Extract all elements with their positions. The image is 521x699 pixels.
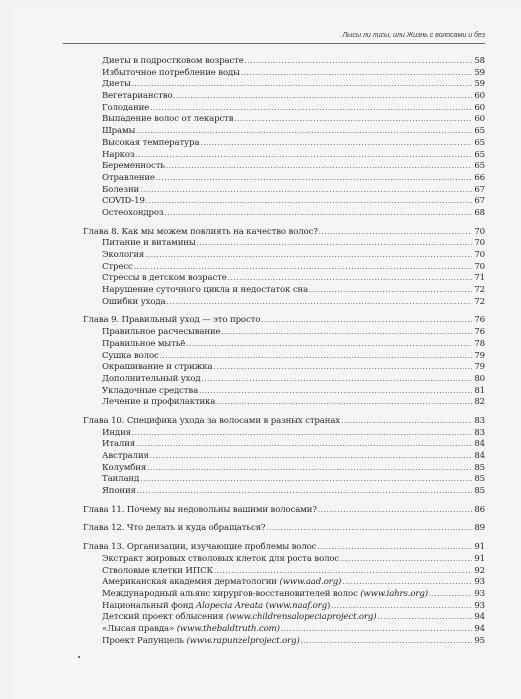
- toc-entry-title: Международный альянс хирургов-восстанови…: [102, 589, 428, 601]
- toc-entry-title: Выпадение волос от лекарств: [102, 114, 233, 126]
- dot-leader: [281, 624, 472, 636]
- toc-entry-title: Япония: [102, 486, 136, 498]
- toc-page-number: 76: [473, 327, 485, 339]
- toc-entry: Избыточное потребление воды59: [83, 68, 485, 80]
- toc-page-number: 60: [473, 114, 485, 126]
- toc-entry: Экология70: [83, 250, 485, 262]
- toc-chapter-entry: Глава 11. Почему вы недовольны вашими во…: [83, 505, 485, 517]
- running-header: Лысы ли лисы, или Жизнь с волосами и без: [63, 30, 485, 39]
- toc-entry: Ошибки ухода72: [83, 297, 485, 309]
- toc-page-number: 59: [473, 68, 485, 80]
- toc-entry-title: Вегетарианство: [102, 91, 172, 103]
- dot-leader: [216, 397, 472, 409]
- toc-entry-title: Лечение и профилактика: [102, 397, 215, 409]
- dot-leader: [377, 612, 472, 624]
- toc-entry-title: Правильное мытьё: [102, 339, 185, 351]
- toc-page-number: 65: [473, 161, 485, 173]
- toc-page-number: 70: [473, 262, 485, 274]
- toc-entry: Проект Рапунцель (www.rapunzelproject.or…: [83, 636, 485, 648]
- dot-leader: [136, 439, 472, 451]
- toc-entry: «Лысая правда» (www.thebaldtruth.com)94: [83, 624, 485, 636]
- toc-page-number: 67: [473, 185, 485, 197]
- toc-entry: Национальный фонд Alopecia Areata (www.n…: [83, 601, 485, 613]
- dot-leader: [429, 589, 472, 601]
- dot-leader: [221, 327, 472, 339]
- dot-leader: [200, 138, 472, 150]
- toc-page-number: 66: [473, 173, 485, 185]
- toc-entry-title: Ошибки ухода: [102, 297, 165, 309]
- toc-entry-title: COVID-19: [102, 196, 145, 208]
- toc-entry: Австралия84: [83, 451, 485, 463]
- toc-entry: Диеты59: [83, 79, 485, 91]
- toc-page-number: 93: [473, 577, 485, 589]
- dot-leader: [136, 126, 472, 138]
- toc-entry: Детский проект облысения (www.childrensa…: [83, 612, 485, 624]
- toc-entry: Индия83: [83, 428, 485, 440]
- toc-entry: Сушка волос79: [83, 351, 485, 363]
- dot-leader: [241, 68, 472, 80]
- toc-entry-title: Отравление: [102, 173, 155, 185]
- toc-entry-title: Глава 11. Почему вы недовольны вашими во…: [83, 505, 317, 517]
- toc-entry: Беременность65: [83, 161, 485, 173]
- toc-page-number: 72: [473, 297, 485, 309]
- header-rule: [63, 43, 485, 44]
- toc-page-number: 85: [473, 463, 485, 475]
- toc-entry-title: Сушка волос: [102, 351, 159, 363]
- toc-entry: Укладочные средства81: [83, 386, 485, 398]
- toc-entry: Стрессы в детском возрасте71: [83, 273, 485, 285]
- toc-entry-title: Голодание: [102, 103, 149, 115]
- dot-leader: [137, 486, 472, 498]
- toc-page-number: 58: [473, 56, 485, 68]
- dot-leader: [134, 262, 472, 274]
- dot-leader: [341, 416, 472, 428]
- toc-entry: Италия84: [83, 439, 485, 451]
- toc-page-number: 94: [473, 624, 485, 636]
- dot-leader: [147, 463, 472, 475]
- toc-page-number: 71: [473, 273, 485, 285]
- dot-leader: [186, 339, 472, 351]
- dot-leader: [202, 374, 472, 386]
- toc-entry: Стресс70: [83, 262, 485, 274]
- toc-entry-title: Избыточное потребление воды: [102, 68, 240, 80]
- dot-leader: [150, 103, 472, 115]
- toc-entry: Лечение и профилактика82: [83, 397, 485, 409]
- toc-entry-title: Наркоз: [102, 150, 134, 162]
- toc-entry: Отравление66: [83, 173, 485, 185]
- dot-leader: [145, 250, 472, 262]
- dot-leader: [140, 474, 472, 486]
- toc-entry-title: Проект Рапунцель (www.rapunzelproject.or…: [102, 636, 300, 648]
- dot-leader: [197, 238, 472, 250]
- toc-entry-title: Стресс: [102, 262, 133, 274]
- dot-leader: [234, 114, 472, 126]
- toc-page-number: 67: [473, 196, 485, 208]
- toc-entry-title: Шрамы: [102, 126, 135, 138]
- page-speck: [78, 656, 80, 658]
- toc-entry: COVID-1967: [83, 196, 485, 208]
- dot-leader: [166, 161, 472, 173]
- dot-leader: [342, 577, 472, 589]
- dot-leader: [309, 285, 472, 297]
- dot-leader: [245, 56, 472, 68]
- toc-chapter-entry: Глава 12. Что делать и куда обращаться?8…: [83, 523, 485, 535]
- toc-entry-title: Стволовые клетки ИПСК: [102, 566, 213, 578]
- dot-leader: [214, 362, 473, 374]
- toc-entry: Дополнительный уход80: [83, 374, 485, 386]
- toc-page-number: 80: [473, 374, 485, 386]
- toc-entry: Вегетарианство60: [83, 91, 485, 103]
- dot-leader: [214, 566, 472, 578]
- toc-page-number: 60: [473, 91, 485, 103]
- toc-entry-title: «Лысая правда» (www.thebaldtruth.com): [102, 624, 280, 636]
- toc-page-number: 76: [473, 315, 485, 327]
- toc-entry: Высокая температура65: [83, 138, 485, 150]
- toc-entry-title: Высокая температура: [102, 138, 199, 150]
- toc-entry: Нарушение суточного цикла и недостаток с…: [83, 285, 485, 297]
- toc-entry: Япония85: [83, 486, 485, 498]
- toc-page-number: 93: [473, 589, 485, 601]
- toc-page-number: 82: [473, 397, 485, 409]
- toc-page-number: 70: [473, 250, 485, 262]
- toc-chapter-entry: Глава 8. Как мы можем повлиять на качест…: [83, 227, 485, 239]
- toc-entry-title: Правильное расчесывание: [102, 327, 220, 339]
- dot-leader: [140, 185, 472, 197]
- dot-leader: [150, 451, 472, 463]
- dot-leader: [340, 554, 472, 566]
- dot-leader: [160, 351, 472, 363]
- dot-leader: [164, 208, 472, 220]
- toc-page-number: 86: [473, 505, 485, 517]
- toc-entry-title: Австралия: [102, 451, 149, 463]
- dot-leader: [132, 428, 472, 440]
- toc-entry-title: Национальный фонд Alopecia Areata (www.n…: [102, 601, 330, 613]
- toc-entry: Диеты в подростковом возрасте58: [83, 56, 485, 68]
- table-of-contents: Диеты в подростковом возрасте58Избыточно…: [83, 56, 485, 647]
- toc-chapter-entry: Глава 13. Организации, изучающие проблем…: [83, 542, 485, 554]
- toc-entry-title: Индия: [102, 428, 131, 440]
- toc-entry-title: Италия: [102, 439, 135, 451]
- toc-entry-title: Колумбия: [102, 463, 146, 475]
- toc-page-number: 85: [473, 486, 485, 498]
- toc-entry-title: Таиланд: [102, 474, 139, 486]
- toc-entry-title: Остеохондроз: [102, 208, 163, 220]
- toc-page-number: 65: [473, 138, 485, 150]
- toc-page-number: 94: [473, 612, 485, 624]
- toc-entry: Шрамы65: [83, 126, 485, 138]
- toc-page-number: 79: [473, 351, 485, 363]
- toc-page-number: 91: [473, 542, 485, 554]
- dot-leader: [331, 601, 472, 613]
- toc-entry-title: Глава 9. Правильный уход — это просто: [83, 315, 260, 327]
- toc-entry: Таиланд85: [83, 474, 485, 486]
- toc-entry-title: Нарушение суточного цикла и недостаток с…: [102, 285, 308, 297]
- toc-page-number: 93: [473, 601, 485, 613]
- toc-entry-title: Глава 12. Что делать и куда обращаться?: [83, 523, 265, 535]
- toc-page-number: 60: [473, 103, 485, 115]
- dot-leader: [146, 196, 472, 208]
- toc-entry-title: Американская академия дерматологии (www.…: [102, 577, 341, 589]
- toc-page-number: 83: [473, 416, 485, 428]
- toc-entry: Стволовые клетки ИПСК92: [83, 566, 485, 578]
- toc-entry: Наркоз65: [83, 150, 485, 162]
- dot-leader: [135, 150, 472, 162]
- toc-entry-title: Болезни: [102, 185, 139, 197]
- toc-entry-title: Укладочные средства: [102, 386, 198, 398]
- toc-page-number: 89: [473, 523, 485, 535]
- toc-entry-title: Глава 8. Как мы можем повлиять на качест…: [83, 227, 318, 239]
- toc-entry: Колумбия85: [83, 463, 485, 475]
- dot-leader: [301, 636, 472, 648]
- toc-entry-title: Диеты в подростковом возрасте: [102, 56, 244, 68]
- toc-page-number: 92: [473, 566, 485, 578]
- toc-entry-title: Дополнительный уход: [102, 374, 201, 386]
- toc-entry-title: Глава 13. Организации, изучающие проблем…: [83, 542, 316, 554]
- toc-entry: Международный альянс хирургов-восстанови…: [83, 589, 485, 601]
- toc-entry-title: Беременность: [102, 161, 165, 173]
- dot-leader: [318, 505, 472, 517]
- dot-leader: [228, 273, 472, 285]
- toc-entry-title: Диеты: [102, 79, 131, 91]
- dot-leader: [166, 297, 472, 309]
- dot-leader: [156, 173, 472, 185]
- dot-leader: [199, 386, 472, 398]
- toc-page-number: 79: [473, 362, 485, 374]
- toc-entry: Американская академия дерматологии (www.…: [83, 577, 485, 589]
- toc-chapter-entry: Глава 9. Правильный уход — это просто76: [83, 315, 485, 327]
- dot-leader: [317, 542, 472, 554]
- toc-page-number: 84: [473, 439, 485, 451]
- toc-entry: Остеохондроз68: [83, 208, 485, 220]
- toc-page-number: 68: [473, 208, 485, 220]
- toc-entry: Правильное расчесывание76: [83, 327, 485, 339]
- toc-entry: Правильное мытьё78: [83, 339, 485, 351]
- toc-page-number: 95: [473, 636, 485, 648]
- toc-entry-title: Экология: [102, 250, 144, 262]
- toc-entry: Экстракт жировых стволовых клеток для ро…: [83, 554, 485, 566]
- toc-page-number: 91: [473, 554, 485, 566]
- toc-page-number: 59: [473, 79, 485, 91]
- toc-entry-title: Окрашивание и стрижка: [102, 362, 213, 374]
- dot-leader: [266, 523, 472, 535]
- dot-leader: [173, 91, 472, 103]
- toc-entry: Болезни67: [83, 185, 485, 197]
- toc-entry: Выпадение волос от лекарств60: [83, 114, 485, 126]
- toc-entry: Окрашивание и стрижка79: [83, 362, 485, 374]
- toc-page-number: 81: [473, 386, 485, 398]
- toc-page-number: 78: [473, 339, 485, 351]
- toc-page-number: 72: [473, 285, 485, 297]
- dot-leader: [319, 227, 472, 239]
- toc-entry-title: Питание и витамины: [102, 238, 196, 250]
- toc-entry: Голодание60: [83, 103, 485, 115]
- toc-page-number: 70: [473, 227, 485, 239]
- toc-entry-title: Детский проект облысения (www.childrensa…: [102, 612, 376, 624]
- toc-entry-title: Экстракт жировых стволовых клеток для ро…: [102, 554, 339, 566]
- toc-page-number: 65: [473, 150, 485, 162]
- toc-page-number: 85: [473, 474, 485, 486]
- toc-page-number: 65: [473, 126, 485, 138]
- toc-page-number: 84: [473, 451, 485, 463]
- toc-entry-title: Глава 10. Специфика ухода за волосами в …: [83, 416, 340, 428]
- dot-leader: [261, 315, 472, 327]
- dot-leader: [132, 79, 472, 91]
- toc-page-number: 83: [473, 428, 485, 440]
- toc-entry-title: Стрессы в детском возрасте: [102, 273, 227, 285]
- toc-page-number: 70: [473, 238, 485, 250]
- toc-chapter-entry: Глава 10. Специфика ухода за волосами в …: [83, 416, 485, 428]
- toc-entry: Питание и витамины70: [83, 238, 485, 250]
